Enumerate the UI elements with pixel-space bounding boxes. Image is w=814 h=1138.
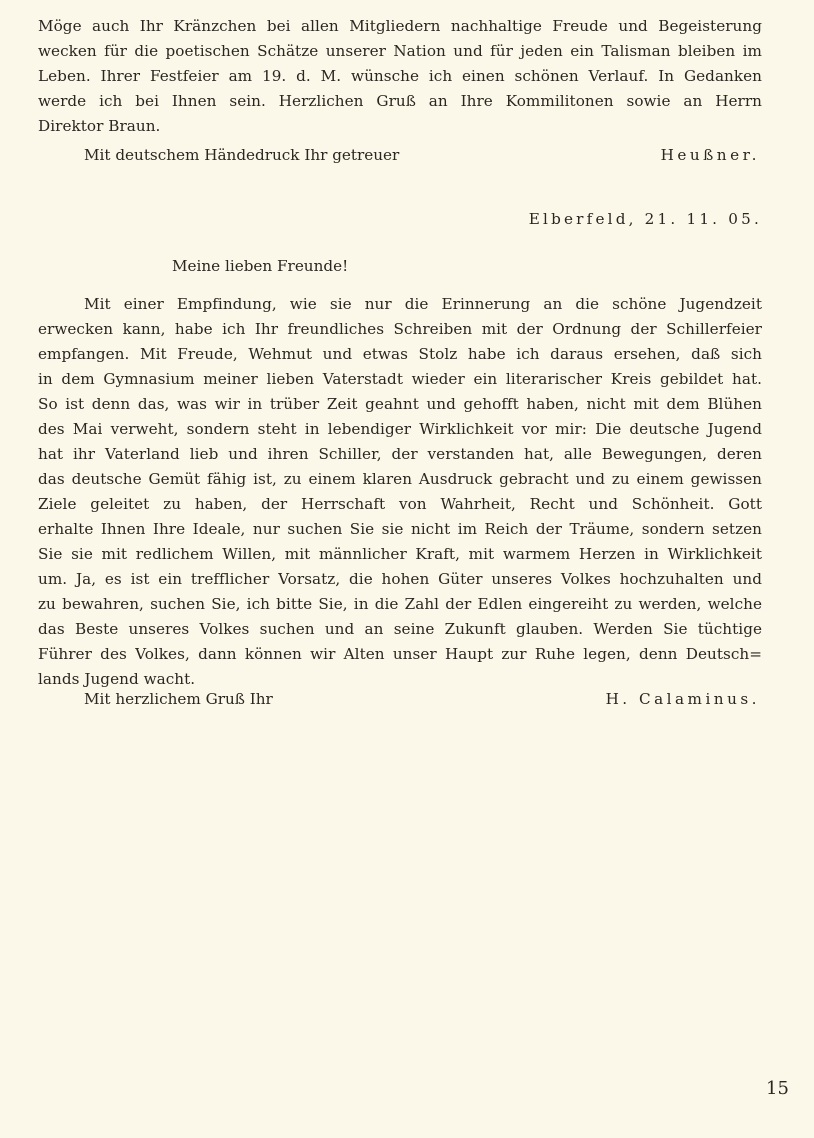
letter-body-heussner: Möge auch Ihr Kränzchen bei allen Mitgli… <box>38 14 762 139</box>
salutation: Meine lieben Freunde! <box>172 257 348 275</box>
text-line: Leben. Ihrer Festfeier am 19. d. M. wüns… <box>38 64 762 89</box>
text-line: Ziele geleitet zu haben, der Herrschaft … <box>38 492 762 517</box>
closing-calaminus: Mit herzlichem Gruß Ihr H. Calaminus. <box>38 687 762 715</box>
text-line: um. Ja, es ist ein trefflicher Vorsatz, … <box>38 567 762 592</box>
text-line: erhalte Ihnen Ihre Ideale, nur suchen Si… <box>38 517 762 542</box>
closing-heussner: Mit deutschem Händedruck Ihr getreuer He… <box>38 143 762 171</box>
letter-calaminus: Mit einer Empfindung, wie sie nur die Er… <box>38 292 762 692</box>
text-line: So ist denn das, was wir in trüber Zeit … <box>38 392 762 417</box>
closing-phrase: Mit deutschem Händedruck Ihr getreuer <box>84 143 399 168</box>
text-line: das deutsche Gemüt fähig ist, zu einem k… <box>38 467 762 492</box>
dateline: Elberfeld, 21. 11. 05. <box>529 210 762 228</box>
text-line: Möge auch Ihr Kränzchen bei allen Mitgli… <box>38 14 762 39</box>
text-line: erwecken kann, habe ich Ihr freundliches… <box>38 317 762 342</box>
text-line: werde ich bei Ihnen sein. Herzlichen Gru… <box>38 89 762 114</box>
signature: H. Calaminus. <box>606 687 760 712</box>
signature: Heußner. <box>661 143 760 168</box>
text-line: hat ihr Vaterland lieb und ihren Schille… <box>38 442 762 467</box>
text-line: in dem Gymnasium meiner lieben Vaterstad… <box>38 367 762 392</box>
letter-heussner: Möge auch Ihr Kränzchen bei allen Mitgli… <box>38 14 762 171</box>
closing-phrase: Mit herzlichem Gruß Ihr <box>84 687 273 712</box>
text-line: das Beste unseres Volkes suchen und an s… <box>38 617 762 642</box>
text-line: empfangen. Mit Freude, Wehmut und etwas … <box>38 342 762 367</box>
text-line: Führer des Volkes, dann können wir Alten… <box>38 642 762 667</box>
text-line: zu bewahren, suchen Sie, ich bitte Sie, … <box>38 592 762 617</box>
text-line: wecken für die poetischen Schätze unsere… <box>38 39 762 64</box>
letter-body-calaminus: Mit einer Empfindung, wie sie nur die Er… <box>38 292 762 692</box>
text-line: Sie sie mit redlichem Willen, mit männli… <box>38 542 762 567</box>
text-line: Direktor Braun. <box>38 114 762 139</box>
page-number: 15 <box>766 1078 789 1099</box>
text-line: des Mai verweht, sondern steht in lebend… <box>38 417 762 442</box>
text-line: Mit einer Empfindung, wie sie nur die Er… <box>38 292 762 317</box>
